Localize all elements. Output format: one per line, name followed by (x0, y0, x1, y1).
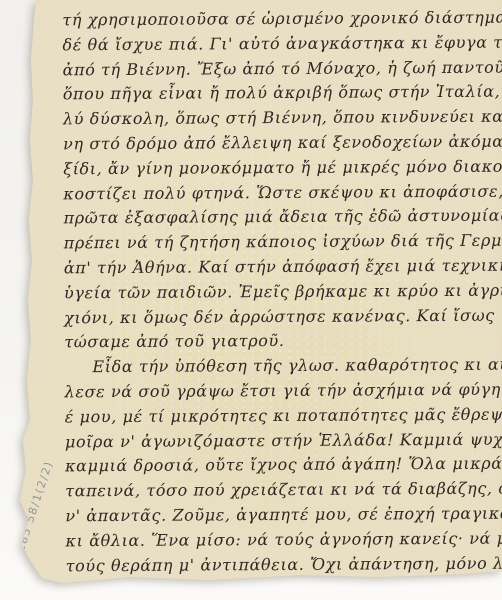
handwritten-line: ὑγεία τῶν παιδιῶν. Ἐμεῖς βρήκαμε κι κρύο… (64, 278, 498, 305)
handwritten-line: ὅπου πῆγα εἶναι ἤ πολύ ἀκριβή ὅπως στήν … (63, 80, 497, 107)
handwritten-line: τώσαμε ἀπό τοῦ γιατροῦ. (64, 328, 498, 355)
handwritten-line: ἀπό τή Βιέννη. Ἔξω ἀπό τό Μόναχο, ἡ ζωή … (63, 55, 497, 82)
handwritten-line: μοῖρα ν' ἀγωνιζόμαστε στήν Ἑλλάδα! Καμμι… (65, 427, 499, 454)
handwritten-line: δέ θά ἴσχυε πιά. Γι' αὐτό ἀναγκάστηκα κι… (62, 30, 496, 57)
handwritten-line-paragraph-start: Εἶδα τήν ὑπόθεση τῆς γλωσ. καθαρότητος κ… (64, 353, 498, 380)
handwritten-line: έ μου, μέ τί μικρότητες κι ποταπότητες μ… (65, 402, 499, 429)
handwritten-line: τούς θεράπη μ' ἀντιπάθεια. Ὄχι ἀπάντηση,… (66, 551, 500, 578)
handwritten-line: χιόνι, κι ὅμως δέν ἀρρώστησε κανένας. Κα… (64, 303, 498, 330)
letter-body: τή χρησιμοποιοῦσα σέ ὡρισμένο χρονικό δι… (62, 6, 499, 579)
archival-number-pencil-note: Λ2285 58/1(2/2) (7, 455, 56, 573)
handwritten-line: πρέπει νά τή ζητήση κάποιος ἰσχύων διά τ… (64, 229, 498, 256)
handwritten-line: ταπεινά, τόσο πού χρειάζεται κι νά τά δι… (65, 477, 499, 504)
handwritten-line: πρῶτα ἐξασφαλίσης μιά ἄδεια τῆς ἐδῶ ἀστυ… (63, 204, 497, 231)
handwritten-line: ξίδι, ἄν γίνη μονοκόμματο ἤ μέ μικρές μό… (63, 154, 497, 181)
scan-background: τή χρησιμοποιοῦσα σέ ὡρισμένο χρονικό δι… (0, 0, 502, 600)
handwritten-line: ἀπ' τήν Ἀθήνα. Καί στήν ἀπόφασή ἔχει μιά… (64, 254, 498, 281)
handwritten-line: ν' ἀπαντᾶς. Ζοῦμε, ἀγαπητέ μου, σέ ἐποχή… (65, 502, 499, 529)
letter-page: τή χρησιμοποιοῦσα σέ ὡρισμένο χρονικό δι… (0, 0, 502, 600)
handwritten-line: κι ἄθλια. Ἕνα μίσο: νά τούς ἀγνοήση κανε… (65, 526, 499, 553)
paper-shadow: τή χρησιμοποιοῦσα σέ ὡρισμένο χρονικό δι… (0, 0, 502, 600)
handwritten-line: τή χρησιμοποιοῦσα σέ ὡρισμένο χρονικό δι… (62, 6, 496, 33)
handwritten-line: κοστίζει πολύ φτηνά. Ὥστε σκέψου κι ἀποφ… (63, 179, 497, 206)
handwritten-line: νη στό δρόμο ἀπό ἔλλειψη καί ξενοδοχείων… (63, 130, 497, 157)
handwritten-line: λεσε νά σοῦ γράψω ἔτσι γιά τήν ἀσχήμια ν… (65, 378, 499, 405)
handwritten-line: λύ δύσκολη, ὅπως στή Βιέννη, ὅπου κινδυν… (63, 105, 497, 132)
handwritten-line: καμμιά δροσιά, οὔτε ἴχνος ἀπό ἀγάπη! Ὅλα… (65, 452, 499, 479)
